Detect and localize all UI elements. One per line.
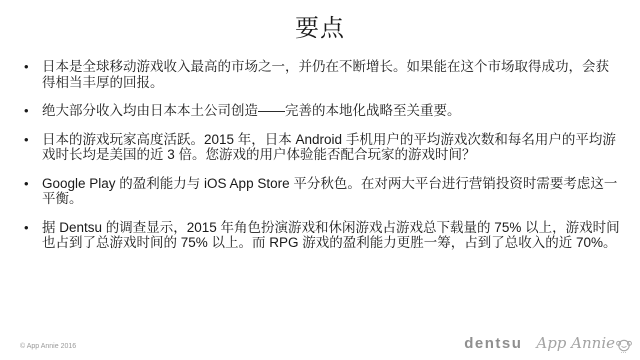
bullet-dot-icon: • bbox=[24, 220, 29, 236]
bullet-item-1: • 日本是全球移动游戏收入最高的市场之一，并仍在不断增长。如果能在这个市场取得成… bbox=[22, 59, 620, 90]
bullet-dot-icon: • bbox=[24, 59, 29, 75]
appannie-logo: App Annie bbox=[536, 332, 632, 354]
slide-title: 要点 bbox=[0, 0, 640, 44]
bullet-dot-icon: • bbox=[24, 103, 29, 119]
bullet-item-4: • Google Play 的盈利能力与 iOS App Store 平分秋色。… bbox=[22, 176, 620, 207]
bullet-item-3: • 日本的游戏玩家高度活跃。2015 年，日本 Android 手机用户的平均游… bbox=[22, 132, 620, 163]
bullet-text-4: Google Play 的盈利能力与 iOS App Store 平分秋色。在对… bbox=[42, 176, 617, 207]
bullet-item-2: • 绝大部分收入均由日本本土公司创造——完善的本地化战略至关重要。 bbox=[22, 103, 620, 119]
bullet-dot-icon: • bbox=[24, 132, 29, 148]
appannie-monkey-icon bbox=[616, 338, 632, 354]
bullet-text-5: 据 Dentsu 的调查显示，2015 年角色扮演游戏和休闲游戏占游戏总下载量的… bbox=[42, 220, 620, 251]
appannie-logo-text: App Annie bbox=[536, 334, 615, 352]
footer-logos: dentsu App Annie bbox=[464, 332, 632, 354]
bullet-text-3: 日本的游戏玩家高度活跃。2015 年，日本 Android 手机用户的平均游戏次… bbox=[42, 132, 616, 163]
bullet-list: • 日本是全球移动游戏收入最高的市场之一，并仍在不断增长。如果能在这个市场取得成… bbox=[22, 59, 620, 251]
slide-footer: © App Annie 2016 dentsu App Annie bbox=[0, 328, 640, 360]
copyright-text: © App Annie 2016 bbox=[20, 343, 76, 350]
bullet-text-2: 绝大部分收入均由日本本土公司创造——完善的本地化战略至关重要。 bbox=[42, 103, 461, 118]
presentation-slide: 要点 • 日本是全球移动游戏收入最高的市场之一，并仍在不断增长。如果能在这个市场… bbox=[0, 0, 640, 360]
bullet-item-5: • 据 Dentsu 的调查显示，2015 年角色扮演游戏和休闲游戏占游戏总下载… bbox=[22, 220, 620, 251]
bullet-dot-icon: • bbox=[24, 176, 29, 192]
dentsu-logo: dentsu bbox=[464, 335, 522, 352]
bullet-text-1: 日本是全球移动游戏收入最高的市场之一，并仍在不断增长。如果能在这个市场取得成功，… bbox=[42, 59, 609, 90]
